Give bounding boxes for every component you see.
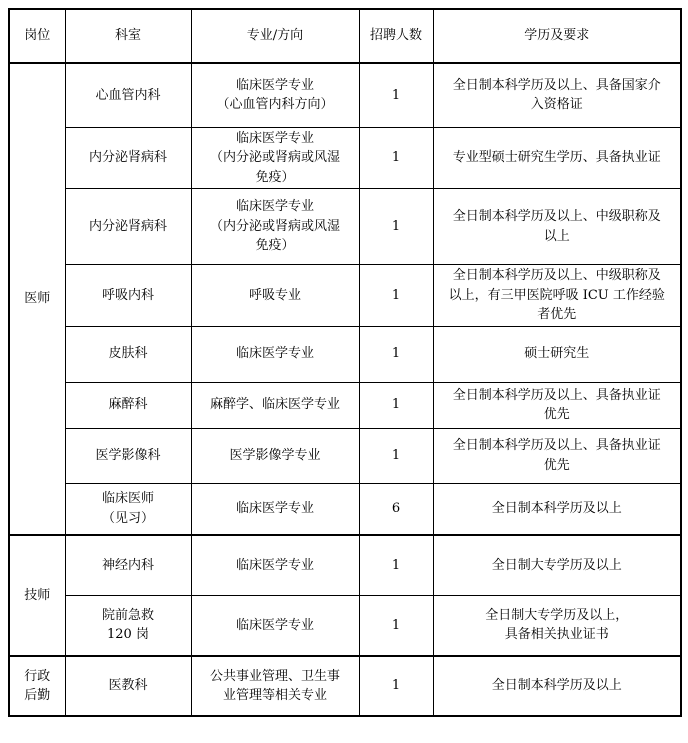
count-cell: 1: [359, 326, 433, 382]
page: 岗位 科室 专业/方向 招聘人数 学历及要求 医师 心血管内科 临床医学专业 （…: [0, 0, 688, 725]
table-row: 院前急救 120 岗 临床医学专业 1 全日制大专学历及以上， 具备相关执业证书: [9, 595, 681, 656]
header-row: 岗位 科室 专业/方向 招聘人数 学历及要求: [9, 9, 681, 63]
count-cell: 1: [359, 189, 433, 265]
position-cell: 技师: [9, 535, 65, 656]
major-cell: 临床医学专业 （内分泌或肾病或风湿 免疫）: [191, 127, 359, 189]
header-position: 岗位: [9, 9, 65, 63]
position-cell: 医师: [9, 63, 65, 535]
department-cell: 皮肤科: [65, 326, 191, 382]
count-cell: 1: [359, 127, 433, 189]
table-row: 内分泌肾病科 临床医学专业 （内分泌或肾病或风湿 免疫） 1 专业型硕士研究生学…: [9, 127, 681, 189]
count-cell: 1: [359, 535, 433, 595]
requirement-cell: 全日制本科学历及以上、具备执业证 优先: [433, 382, 681, 428]
department-cell: 内分泌肾病科: [65, 189, 191, 265]
major-cell: 临床医学专业 （心血管内科方向）: [191, 63, 359, 127]
major-cell: 麻醉学、临床医学专业: [191, 382, 359, 428]
table-row: 行政 后勤 医教科 公共事业管理、卫生事 业管理等相关专业 1 全日制本科学历及…: [9, 656, 681, 716]
department-cell: 医学影像科: [65, 428, 191, 483]
department-cell: 医教科: [65, 656, 191, 716]
table-row: 呼吸内科 呼吸专业 1 全日制本科学历及以上、中级职称及 以上，有三甲医院呼吸 …: [9, 265, 681, 327]
requirement-cell: 全日制本科学历及以上: [433, 483, 681, 535]
position-cell: 行政 后勤: [9, 656, 65, 716]
requirement-cell: 全日制本科学历及以上、具备执业证 优先: [433, 428, 681, 483]
department-cell: 麻醉科: [65, 382, 191, 428]
department-cell: 呼吸内科: [65, 265, 191, 327]
requirement-cell: 全日制本科学历及以上、具备国家介 入资格证: [433, 63, 681, 127]
requirement-cell: 专业型硕士研究生学历、具备执业证: [433, 127, 681, 189]
table-row: 麻醉科 麻醉学、临床医学专业 1 全日制本科学历及以上、具备执业证 优先: [9, 382, 681, 428]
major-cell: 医学影像学专业: [191, 428, 359, 483]
requirement-cell: 硕士研究生: [433, 326, 681, 382]
table-row: 技师 神经内科 临床医学专业 1 全日制大专学历及以上: [9, 535, 681, 595]
table-row: 临床医师 （见习） 临床医学专业 6 全日制本科学历及以上: [9, 483, 681, 535]
major-cell: 临床医学专业: [191, 326, 359, 382]
header-major: 专业/方向: [191, 9, 359, 63]
department-cell: 神经内科: [65, 535, 191, 595]
table-row: 皮肤科 临床医学专业 1 硕士研究生: [9, 326, 681, 382]
table-row: 内分泌肾病科 临床医学专业 （内分泌或肾病或风湿 免疫） 1 全日制本科学历及以…: [9, 189, 681, 265]
department-cell: 心血管内科: [65, 63, 191, 127]
header-requirement: 学历及要求: [433, 9, 681, 63]
requirement-cell: 全日制大专学历及以上: [433, 535, 681, 595]
count-cell: 6: [359, 483, 433, 535]
table-row: 医学影像科 医学影像学专业 1 全日制本科学历及以上、具备执业证 优先: [9, 428, 681, 483]
major-cell: 临床医学专业: [191, 535, 359, 595]
major-cell: 公共事业管理、卫生事 业管理等相关专业: [191, 656, 359, 716]
requirement-cell: 全日制本科学历及以上、中级职称及 以上: [433, 189, 681, 265]
requirement-cell: 全日制本科学历及以上: [433, 656, 681, 716]
major-cell: 临床医学专业: [191, 595, 359, 656]
count-cell: 1: [359, 428, 433, 483]
count-cell: 1: [359, 265, 433, 327]
header-count: 招聘人数: [359, 9, 433, 63]
department-cell: 临床医师 （见习）: [65, 483, 191, 535]
department-cell: 内分泌肾病科: [65, 127, 191, 189]
recruitment-table: 岗位 科室 专业/方向 招聘人数 学历及要求 医师 心血管内科 临床医学专业 （…: [8, 8, 682, 717]
major-cell: 临床医学专业: [191, 483, 359, 535]
requirement-cell: 全日制本科学历及以上、中级职称及 以上，有三甲医院呼吸 ICU 工作经验 者优先: [433, 265, 681, 327]
count-cell: 1: [359, 382, 433, 428]
count-cell: 1: [359, 656, 433, 716]
header-department: 科室: [65, 9, 191, 63]
requirement-cell: 全日制大专学历及以上， 具备相关执业证书: [433, 595, 681, 656]
major-cell: 临床医学专业 （内分泌或肾病或风湿 免疫）: [191, 189, 359, 265]
major-cell: 呼吸专业: [191, 265, 359, 327]
count-cell: 1: [359, 595, 433, 656]
department-cell: 院前急救 120 岗: [65, 595, 191, 656]
table-row: 医师 心血管内科 临床医学专业 （心血管内科方向） 1 全日制本科学历及以上、具…: [9, 63, 681, 127]
count-cell: 1: [359, 63, 433, 127]
